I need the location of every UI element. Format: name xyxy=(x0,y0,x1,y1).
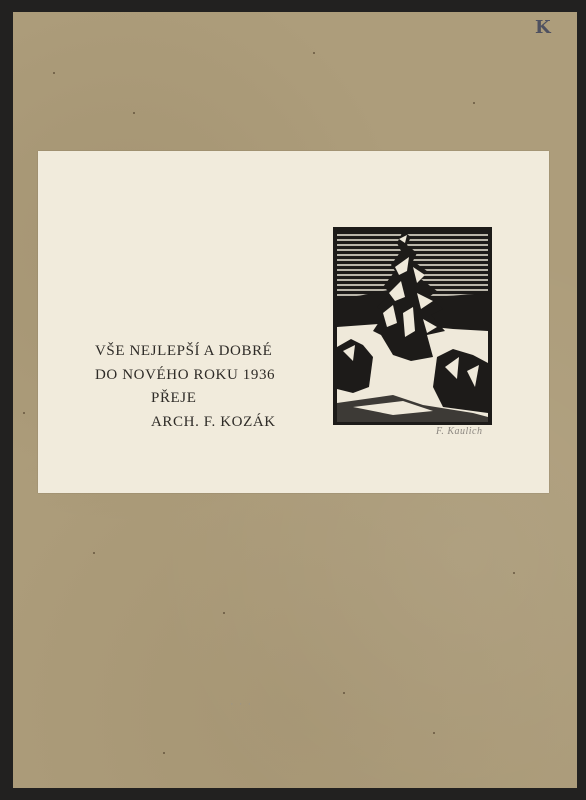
faded-pencil-note: · · · xyxy=(230,698,252,710)
paper-speck xyxy=(343,692,345,694)
paper-speck xyxy=(313,52,315,54)
paper-speck xyxy=(473,102,475,104)
woodcut-illustration xyxy=(333,227,492,425)
paper-speck xyxy=(163,752,165,754)
greeting-line: DO NOVÉHO ROKU 1936 xyxy=(95,364,305,388)
greeting-text: VŠE NEJLEPŠÍ A DOBRÉ DO NOVÉHO ROKU 1936… xyxy=(95,340,305,434)
archive-mark: K xyxy=(535,17,551,38)
paper-speck xyxy=(53,72,55,74)
paper-speck xyxy=(93,552,95,554)
sender-name: ARCH. F. KOZÁK xyxy=(95,411,305,435)
paper-speck xyxy=(133,112,135,114)
paper-speck xyxy=(223,612,225,614)
paper-speck xyxy=(23,412,25,414)
greeting-line: VŠE NEJLEPŠÍ A DOBRÉ xyxy=(95,340,305,364)
artist-signature: F. Kaulich xyxy=(436,426,482,437)
paper-speck xyxy=(513,572,515,574)
paper-speck xyxy=(433,732,435,734)
greeting-card: VŠE NEJLEPŠÍ A DOBRÉ DO NOVÉHO ROKU 1936… xyxy=(38,151,549,493)
greeting-line: PŘEJE xyxy=(95,387,305,411)
